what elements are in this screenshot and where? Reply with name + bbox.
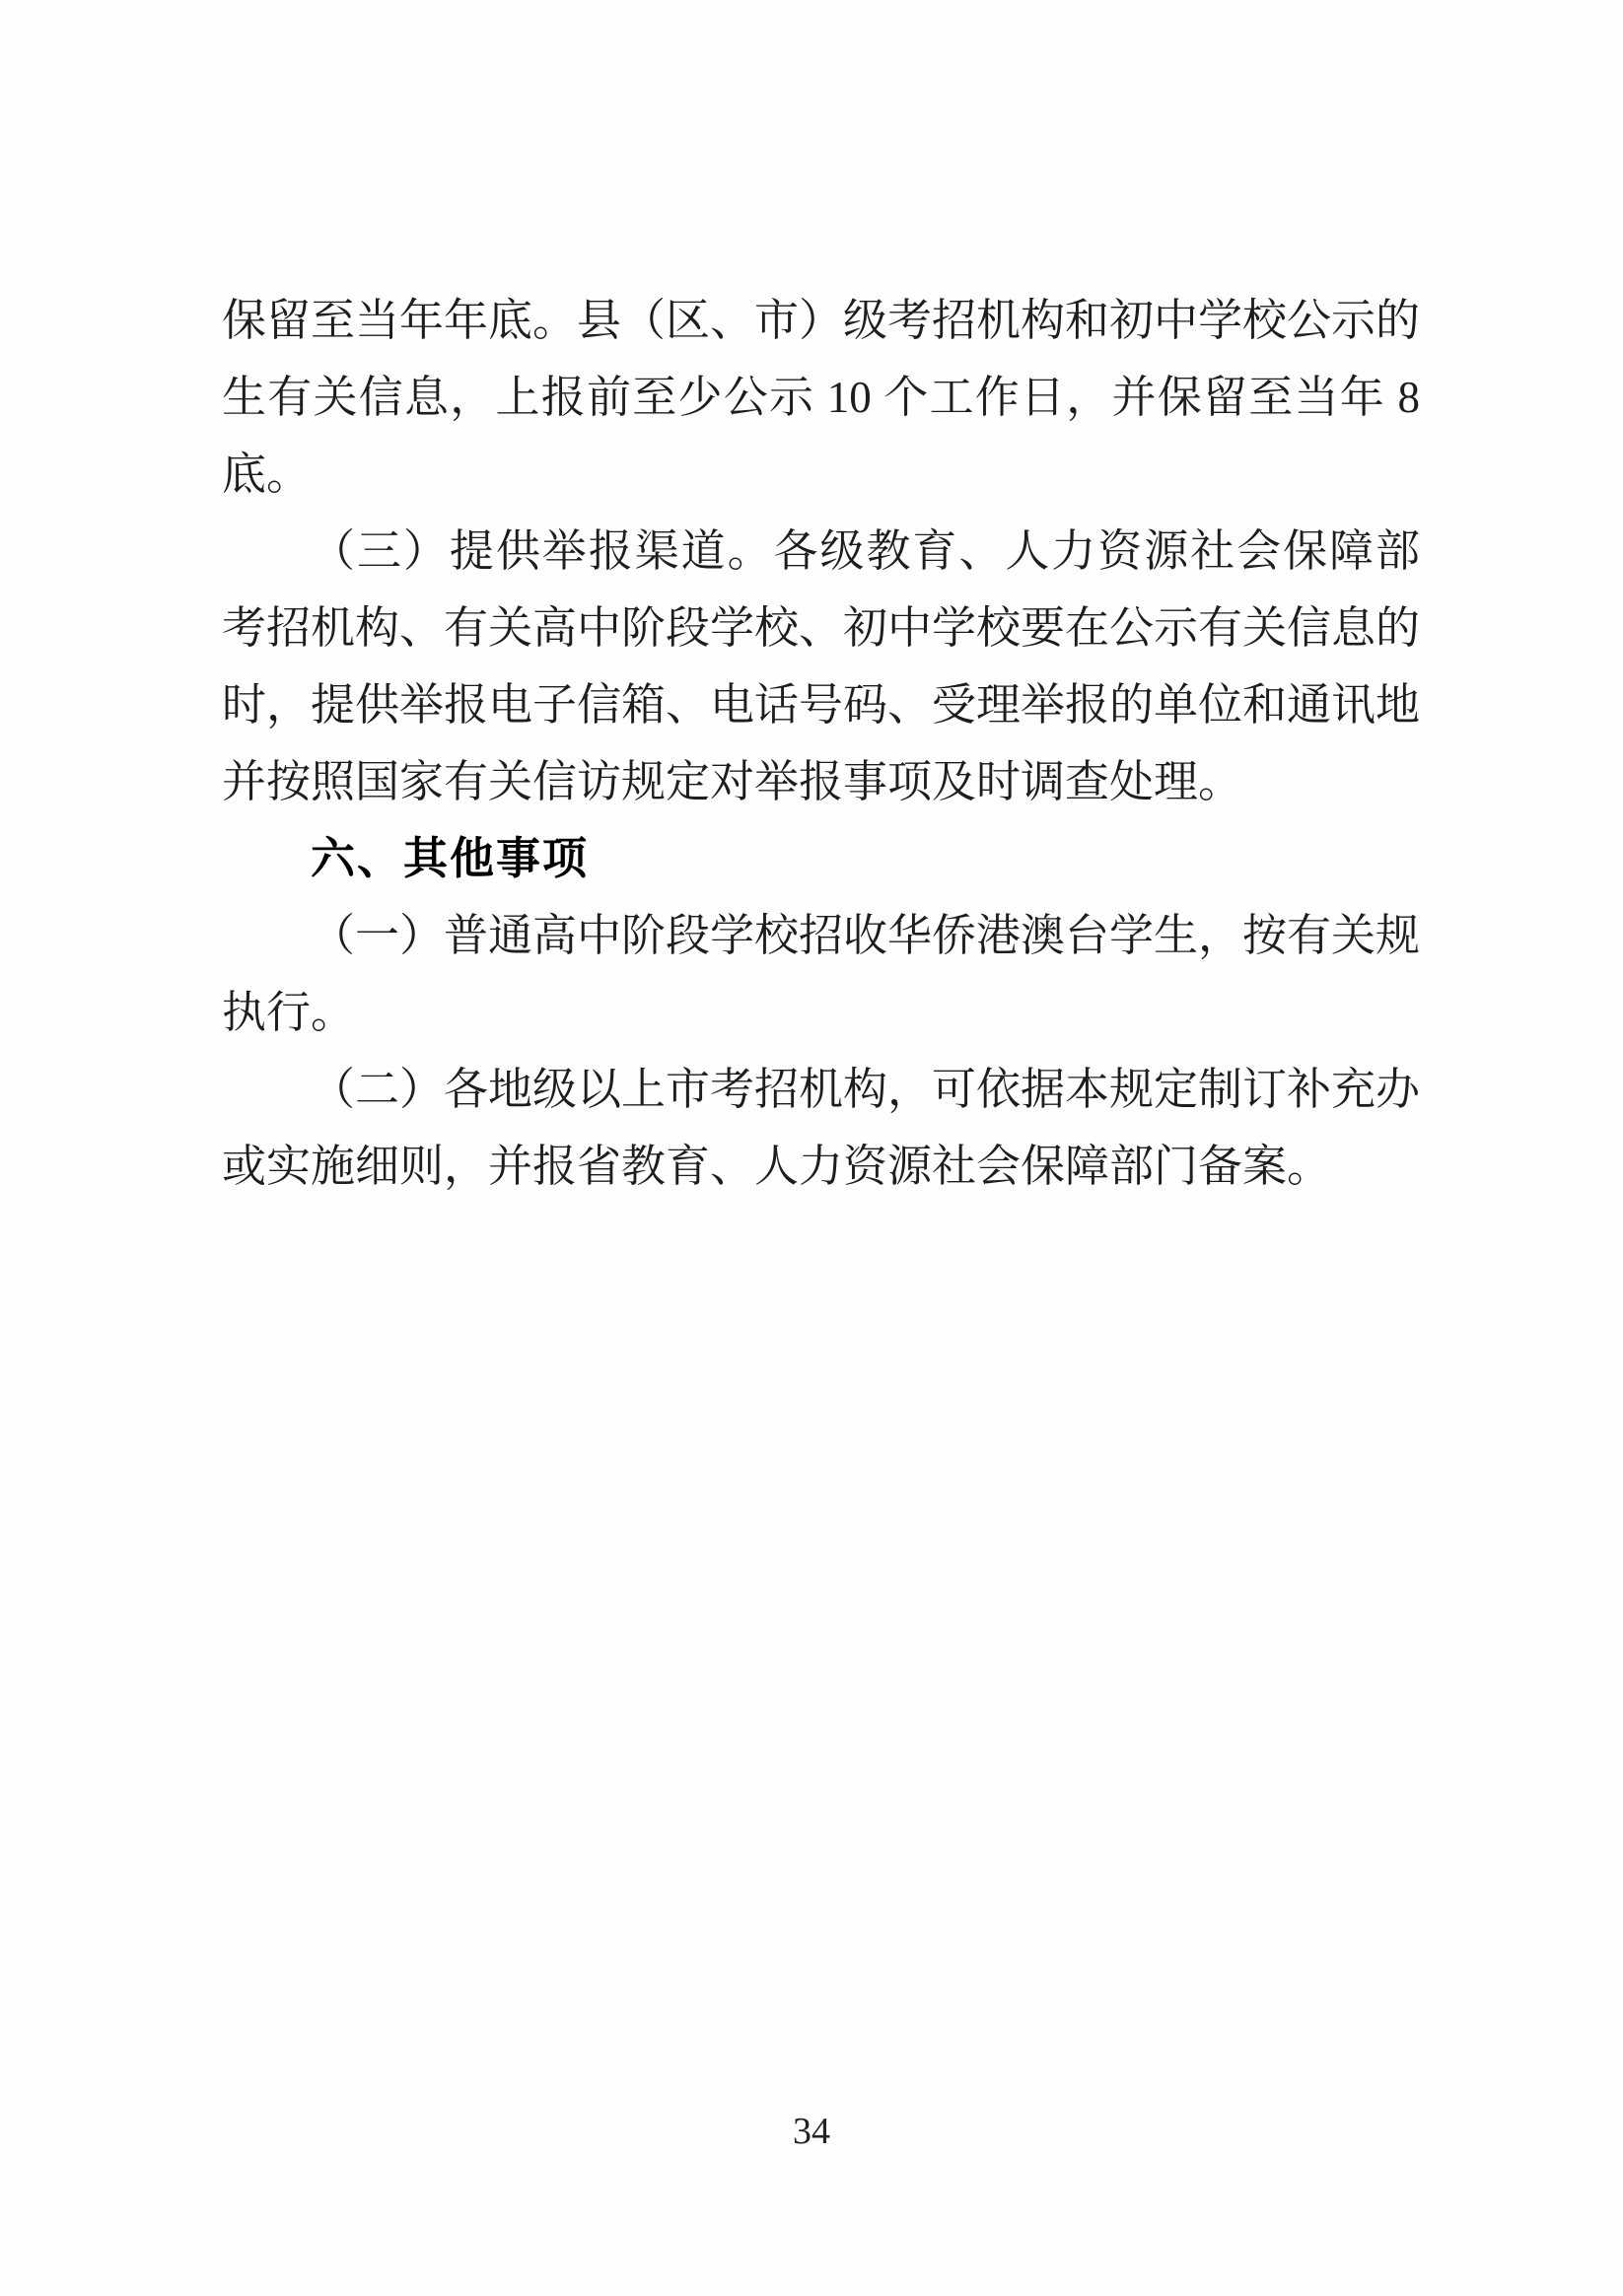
text-line: （一）普通高中阶段学校招收华侨港澳台学生，按有关规定 (222, 897, 1420, 974)
text-line: 底。 (222, 436, 1420, 513)
text-line: 并按照国家有关信访规定对举报事项及时调查处理。 (222, 743, 1420, 820)
page-number: 34 (793, 2111, 830, 2152)
document-body: 保留至当年年底。县（区、市）级考招机构和初中学校公示的考 生有关信息，上报前至少… (222, 282, 1420, 1205)
paragraph-supplementary-rules: （二）各地级以上市考招机构，可依据本规定制订补充办法 或实施细则，并报省教育、人… (222, 1051, 1420, 1205)
page-footer: 34 (0, 2110, 1623, 2153)
text-line: 保留至当年年底。县（区、市）级考招机构和初中学校公示的考 (222, 282, 1420, 359)
text-line: 或实施细则，并报省教育、人力资源社会保障部门备案。 (222, 1128, 1420, 1205)
text-line: 考招机构、有关高中阶段学校、初中学校要在公示有关信息的同 (222, 590, 1420, 666)
section-heading: 六、其他事项 (222, 820, 1420, 897)
paragraph-publicity-retention: 保留至当年年底。县（区、市）级考招机构和初中学校公示的考 生有关信息，上报前至少… (222, 282, 1420, 513)
document-page: 保留至当年年底。县（区、市）级考招机构和初中学校公示的考 生有关信息，上报前至少… (0, 0, 1623, 2296)
paragraph-report-channels: （三）提供举报渠道。各级教育、人力资源社会保障部门、 考招机构、有关高中阶段学校… (222, 513, 1420, 820)
text-line: （三）提供举报渠道。各级教育、人力资源社会保障部门、 (222, 513, 1420, 590)
text-line: 执行。 (222, 974, 1420, 1051)
text-line: 生有关信息，上报前至少公示 10 个工作日，并保留至当年 8 月 (222, 359, 1420, 436)
paragraph-overseas-students: （一）普通高中阶段学校招收华侨港澳台学生，按有关规定 执行。 (222, 897, 1420, 1051)
text-line: 时，提供举报电子信箱、电话号码、受理举报的单位和通讯地址， (222, 666, 1420, 743)
text-line: （二）各地级以上市考招机构，可依据本规定制订补充办法 (222, 1051, 1420, 1128)
section-heading-other-matters: 六、其他事项 (222, 820, 1420, 897)
